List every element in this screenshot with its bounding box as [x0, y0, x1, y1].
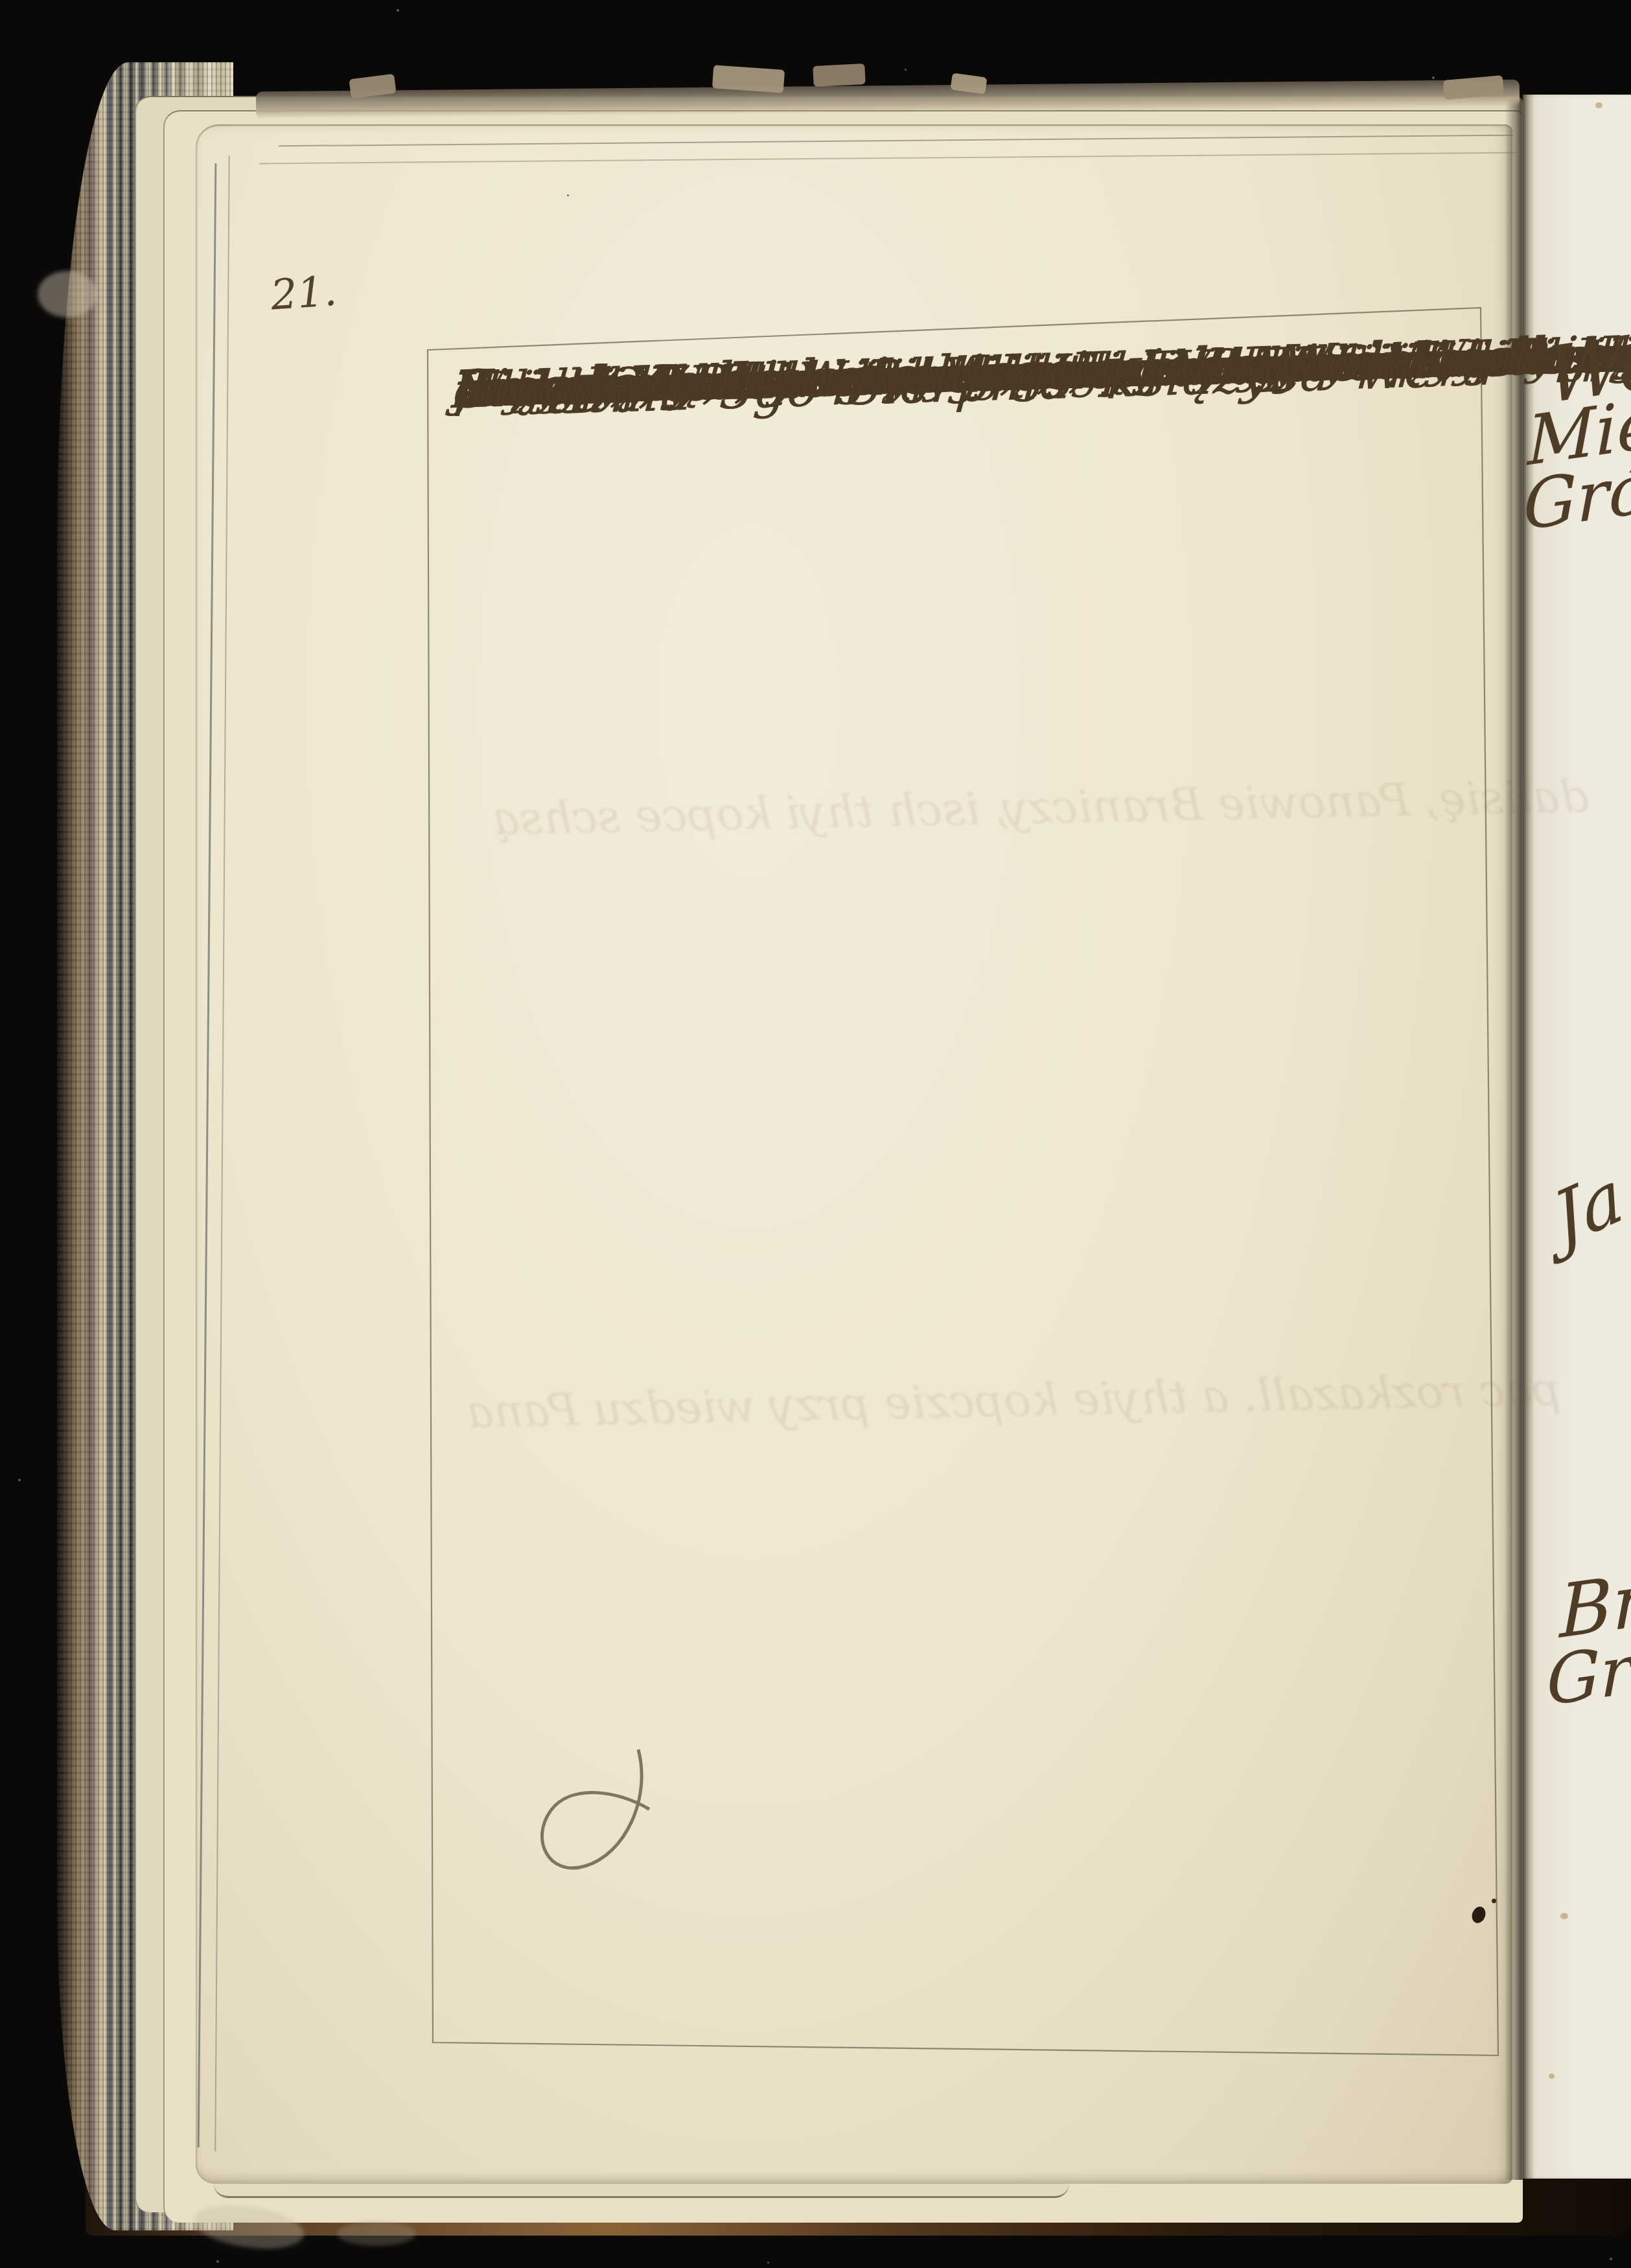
ink-dot	[1492, 1899, 1496, 1903]
facing-page-line-fragment: Gró	[1523, 448, 1631, 546]
dust-speck	[767, 2262, 769, 2263]
dust-speck	[18, 1479, 21, 1481]
dust-speck	[905, 69, 907, 71]
manuscript-page	[196, 124, 1512, 2184]
manuscript-photo: 21. dalisię, Panowie Braniczy, isch thyi…	[0, 0, 1631, 2268]
foxing-spot	[1595, 102, 1602, 108]
foxing-spot	[1560, 1913, 1568, 1919]
dust-speck	[1432, 76, 1435, 79]
torn-paper-tab	[813, 64, 866, 87]
paper-fibers	[337, 2221, 416, 2246]
dust-speck	[92, 806, 95, 809]
torn-paper-tab	[712, 65, 785, 93]
dust-speck	[567, 194, 569, 196]
foxing-spot	[1549, 2074, 1555, 2079]
dust-speck	[216, 2260, 219, 2263]
page-number: 21.	[270, 268, 339, 320]
dust-speck	[397, 9, 399, 12]
dust-speck	[1610, 2258, 1612, 2260]
paper-fibers	[38, 271, 97, 318]
